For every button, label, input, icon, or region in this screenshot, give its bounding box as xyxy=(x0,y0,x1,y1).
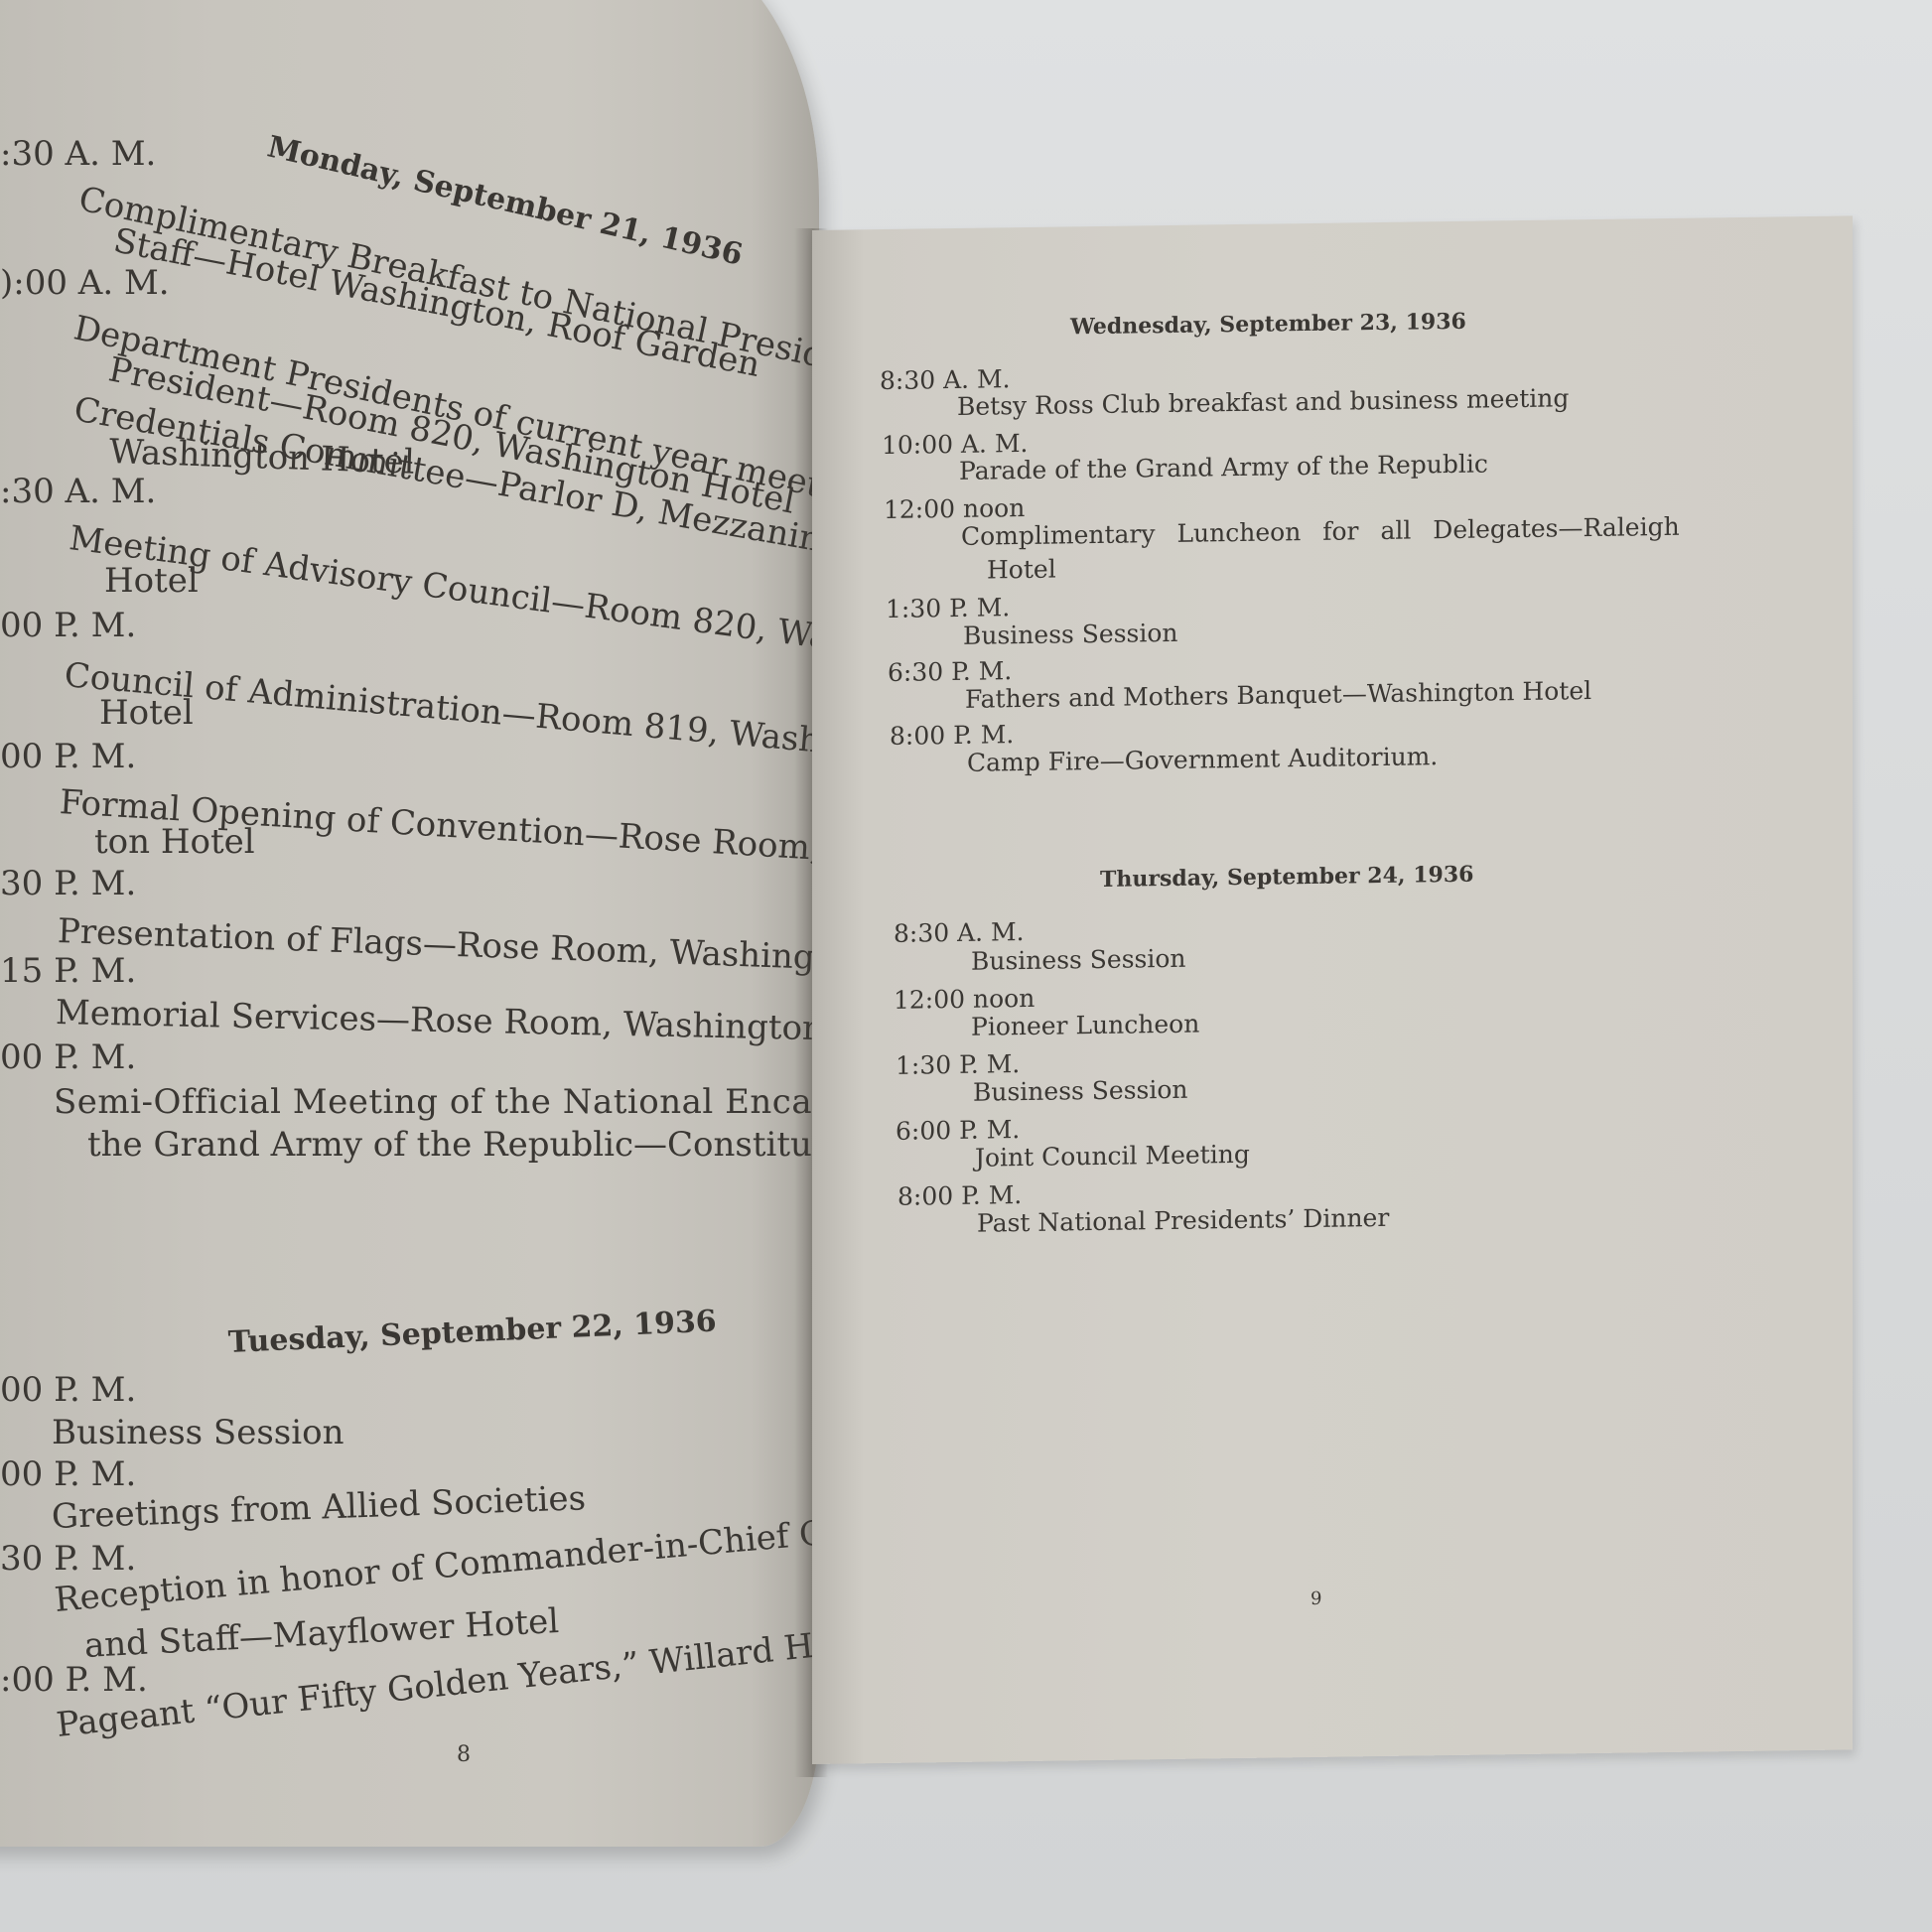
schedule-event: Business Session xyxy=(973,1075,1188,1107)
schedule-time: 12:00 noon xyxy=(884,493,1025,524)
page-number-right: 9 xyxy=(1311,1588,1321,1609)
schedule-time: 00 P. M. xyxy=(0,1454,136,1494)
schedule-time: ):00 A. M. xyxy=(0,263,170,303)
page-number-left: 8 xyxy=(457,1742,471,1767)
schedule-time: 00 P. M. xyxy=(0,606,136,645)
schedule-event: the Grand Army of the Republic—Constitut… xyxy=(87,1125,819,1165)
schedule-time: 30 P. M. xyxy=(0,1539,136,1579)
day-heading-wednesday: Wednesday, September 23, 1936 xyxy=(1070,309,1466,341)
schedule-time: 1:30 P. M. xyxy=(896,1049,1020,1080)
schedule-event: Memorial Services—Rose Room, Washington … xyxy=(56,993,819,1050)
schedule-time: 12:00 noon xyxy=(894,984,1035,1015)
schedule-event: Business Session xyxy=(52,1413,344,1452)
schedule-time: 00 P. M. xyxy=(0,1037,136,1077)
right-page: Wednesday, September 23, 1936 8:30 A. M.… xyxy=(812,215,1853,1764)
schedule-time: 6:30 P. M. xyxy=(888,656,1012,687)
schedule-time: 00 P. M. xyxy=(0,1370,136,1410)
schedule-event: ton Hotel xyxy=(94,822,255,862)
schedule-time: 30 P. M. xyxy=(0,864,136,903)
left-page: Monday, September 21, 1936 :30 A. M. Com… xyxy=(0,0,819,1847)
schedule-event: Presentation of Flags—Rose Room, Washing… xyxy=(57,911,819,983)
schedule-time: :30 A. M. xyxy=(0,134,156,174)
schedule-event: Complimentary Luncheon for all Delegates… xyxy=(961,512,1680,551)
schedule-time: :30 A. M. xyxy=(0,472,156,511)
schedule-event: Hotel xyxy=(987,555,1056,585)
schedule-event: Business Session xyxy=(971,944,1186,976)
day-heading-tuesday: Tuesday, September 22, 1936 xyxy=(227,1305,717,1360)
schedule-event: Joint Council Meeting xyxy=(975,1140,1250,1173)
schedule-event: Hotel xyxy=(104,561,199,601)
schedule-time: 15 P. M. xyxy=(0,951,136,991)
schedule-event: Parade of the Grand Army of the Republic xyxy=(959,449,1488,484)
schedule-event: Camp Fire—Government Auditorium. xyxy=(967,742,1438,777)
schedule-event: Betsy Ross Club breakfast and business m… xyxy=(957,383,1569,421)
schedule-event: Fathers and Mothers Banquet—Washington H… xyxy=(965,676,1591,714)
schedule-time: 8:30 A. M. xyxy=(880,364,1011,395)
schedule-time: 00 P. M. xyxy=(0,737,136,776)
day-heading-thursday: Thursday, September 24, 1936 xyxy=(1100,862,1473,893)
schedule-time: 6:00 P. M. xyxy=(896,1115,1020,1146)
schedule-time: :00 P. M. xyxy=(0,1660,148,1700)
schedule-event: Business Session xyxy=(963,619,1178,650)
schedule-event: Semi-Official Meeting of the National En… xyxy=(54,1082,819,1122)
schedule-time: 8:00 P. M. xyxy=(897,1180,1022,1211)
schedule-event: Pioneer Luncheon xyxy=(971,1010,1199,1041)
booklet-photo: Monday, September 21, 1936 :30 A. M. Com… xyxy=(0,0,1932,1932)
schedule-event: Past National Presidents’ Dinner xyxy=(977,1203,1389,1238)
schedule-event: Hotel xyxy=(99,693,194,733)
schedule-time: 8:30 A. M. xyxy=(894,917,1025,948)
schedule-time: 8:00 P. M. xyxy=(890,720,1014,751)
schedule-time: 1:30 P. M. xyxy=(886,593,1010,623)
